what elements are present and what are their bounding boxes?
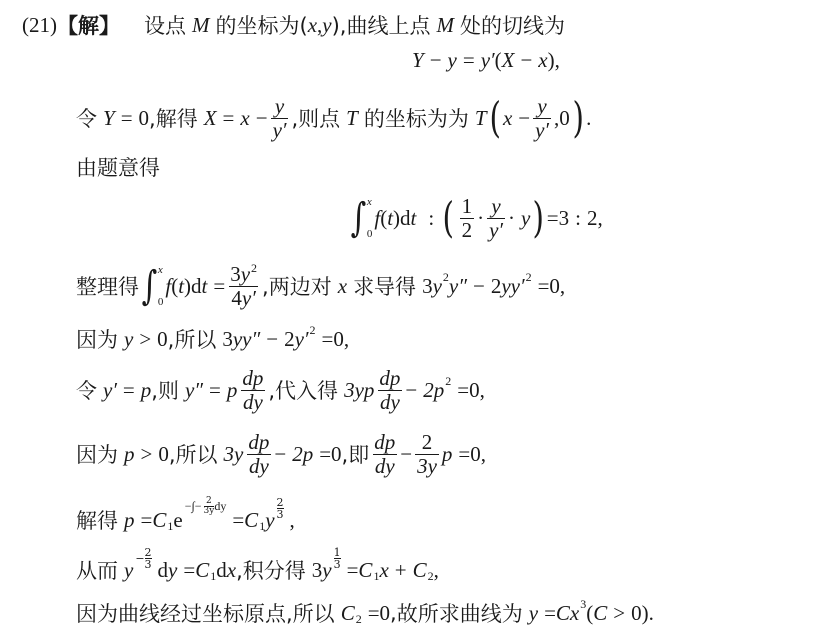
- fraction-dp-dy: dp dy: [372, 431, 397, 476]
- math-var: C: [341, 601, 355, 626]
- denominator: 3y: [415, 454, 439, 477]
- math-var: y: [265, 508, 274, 533]
- text: ),曲线上点: [332, 10, 431, 40]
- math-num: 3: [312, 558, 323, 583]
- math-op: =: [457, 378, 469, 403]
- fraction-y-over-yprime: y y′: [271, 95, 289, 140]
- math-var: y′: [242, 286, 256, 310]
- math-var: Y: [412, 48, 424, 73]
- math-num: 0: [559, 106, 570, 131]
- math-punct: (: [171, 274, 178, 299]
- denominator: dy: [378, 390, 402, 413]
- math-var: d: [158, 558, 169, 583]
- math-punct: ,: [480, 378, 485, 403]
- math-punct: (: [586, 601, 593, 626]
- math-var: X: [204, 106, 217, 131]
- math-punct: .: [586, 106, 591, 131]
- math-op: =: [123, 378, 135, 403]
- math-var: yy: [233, 327, 252, 352]
- denominator: 2: [460, 218, 475, 241]
- math-op: +: [395, 558, 407, 583]
- math-var: x: [308, 13, 317, 38]
- math-punct: (: [380, 206, 387, 231]
- text: 因为: [76, 324, 118, 354]
- math-op: −: [473, 274, 485, 299]
- solution-tag: 【解】: [57, 10, 120, 40]
- math-var: T: [346, 106, 358, 131]
- math-punct: ,: [344, 327, 349, 352]
- lower-limit: 0: [367, 228, 373, 240]
- math-op: >: [141, 442, 153, 467]
- fraction-dp-dy: dp dy: [246, 431, 271, 476]
- text: 由题意得: [76, 152, 160, 182]
- denominator: 3: [145, 558, 152, 570]
- text: 因为曲线经过坐标原点: [76, 598, 286, 628]
- text: 处的切线为: [460, 10, 565, 40]
- math-op: =: [232, 508, 244, 533]
- problem-number: (21): [22, 13, 57, 38]
- math-num: 3: [559, 206, 570, 231]
- fraction-one-half: 1 2: [460, 195, 475, 240]
- math-var: C: [152, 508, 166, 533]
- math-num: 2: [587, 206, 598, 231]
- math-var: C: [593, 601, 607, 626]
- subscript: 1: [259, 519, 265, 534]
- exponent: 2: [443, 270, 449, 285]
- math-var: x: [379, 558, 388, 583]
- subscript: 1: [210, 569, 216, 584]
- text: 故所求曲线为: [397, 598, 523, 628]
- subscript: 1: [167, 519, 173, 534]
- numerator: y: [489, 195, 502, 217]
- math-num: 3: [422, 274, 433, 299]
- math-num: 0: [333, 327, 344, 352]
- math-var: d: [191, 274, 202, 299]
- solution-line-4: 由题意得: [76, 152, 160, 182]
- math-var: 2p: [292, 442, 313, 467]
- math-num: 0: [549, 274, 560, 299]
- math-var: p: [124, 442, 135, 467]
- exponent: 3: [580, 597, 586, 612]
- math-var: y: [124, 558, 133, 583]
- math-num: 0: [380, 601, 391, 626]
- text: 解得: [76, 505, 118, 535]
- math-punct: ,: [555, 48, 560, 73]
- denominator: dy: [241, 390, 265, 413]
- math-var: x: [503, 106, 512, 131]
- math-op: −: [520, 48, 532, 73]
- big-paren-right: ): [533, 197, 544, 239]
- math-var: y: [168, 558, 177, 583]
- text: ,则: [151, 375, 179, 405]
- math-var: x: [538, 48, 547, 73]
- solution-line-9: 因为 p > 0 ,所以 3y dp dy − 2p = 0 ,即 dp dy …: [76, 428, 486, 480]
- math-var: t: [202, 274, 208, 299]
- big-paren-left: (: [489, 97, 500, 139]
- denominator: y′: [533, 118, 551, 141]
- math-var: y′: [103, 378, 117, 403]
- math-op: ·: [508, 206, 515, 231]
- math-var: y″: [449, 274, 467, 299]
- exponent-neg-2-over-3: −23: [135, 547, 151, 570]
- math-var: M: [192, 13, 210, 38]
- math-var: x: [227, 558, 236, 583]
- text: ,解得: [149, 103, 198, 133]
- math-var: 3yp: [344, 378, 374, 403]
- math-var: C: [244, 508, 258, 533]
- math-op: =: [223, 106, 235, 131]
- text: 的坐标为(: [216, 10, 308, 40]
- numerator: y: [535, 95, 548, 117]
- math-punct: ): [548, 48, 555, 73]
- math-var: dy: [214, 499, 226, 514]
- text: ,两边对: [262, 271, 332, 301]
- math-var: y: [124, 327, 133, 352]
- denominator: 3y: [204, 506, 215, 516]
- math-op: =: [121, 106, 133, 131]
- math-var: Cx: [556, 601, 579, 626]
- exponent: 2: [251, 261, 257, 275]
- exponent: 2: [445, 374, 451, 389]
- math-var: y: [433, 274, 442, 299]
- fraction-y-over-yprime: y y′: [533, 95, 551, 140]
- math-var: p: [227, 378, 238, 403]
- math-op: −: [518, 106, 530, 131]
- math-var: Y: [103, 106, 115, 131]
- text: 令: [76, 103, 97, 133]
- math-op: −: [135, 553, 144, 564]
- solution-line-12: 因为曲线经过坐标原点 ,所以 C2 = 0 , 故所求曲线为 y = Cx3 (…: [76, 598, 654, 628]
- big-paren-left: (: [443, 197, 454, 239]
- text: ,积分得: [236, 555, 306, 585]
- solution-line-8: 令 y′ = p ,则 y″ = p dp dy ,代入得 3yp dp dy …: [76, 364, 485, 416]
- fraction-dp-dy: dp dy: [240, 367, 265, 412]
- math-var: p: [141, 378, 152, 403]
- denominator: dy: [373, 454, 397, 477]
- math-op: =: [183, 558, 195, 583]
- math-var: p: [442, 442, 453, 467]
- text: ,所以: [169, 439, 218, 469]
- math-var: y: [529, 601, 538, 626]
- fraction-2-over-3y: 2 3y: [415, 431, 439, 476]
- text: 从而: [76, 555, 118, 585]
- math-op: =: [319, 442, 331, 467]
- text: ,: [390, 601, 397, 625]
- math-op: −: [266, 327, 278, 352]
- math-var: y: [322, 558, 331, 583]
- math-num: 4: [231, 286, 242, 310]
- math-var: C: [195, 558, 209, 583]
- math-op: =: [213, 274, 225, 299]
- denominator: 3: [277, 508, 284, 520]
- math-prime: ″: [252, 327, 261, 352]
- math-punct: ,: [290, 508, 295, 533]
- math-punct: ): [393, 206, 400, 231]
- numerator: 2: [277, 497, 284, 508]
- math-op: >: [139, 327, 151, 352]
- numerator: 1: [334, 547, 341, 558]
- fraction-dp-dy: dp dy: [377, 367, 402, 412]
- lower-limit: 0: [158, 296, 164, 308]
- math-var: y″: [185, 378, 203, 403]
- math-op: =: [322, 327, 334, 352]
- math-var: x: [338, 274, 347, 299]
- integral-sign-icon: ∫: [351, 198, 367, 238]
- text: 因为: [76, 439, 118, 469]
- math-op: :: [428, 206, 434, 231]
- math-op: =: [544, 601, 556, 626]
- math-punct: ): [642, 601, 649, 626]
- exponent-1-over-3: 13: [334, 547, 341, 570]
- integral: ∫ x0: [139, 264, 165, 308]
- math-var: X: [502, 48, 515, 73]
- math-op: ·: [477, 206, 484, 231]
- numerator: dp: [240, 367, 265, 389]
- math-punct: ,: [560, 274, 565, 299]
- subscript: 2: [428, 569, 434, 584]
- math-op: −: [430, 48, 442, 73]
- numerator: dp: [372, 431, 397, 453]
- solution-line-10: 解得 p = C1 e −∫− 23y dy = C1 y 23 ,: [76, 500, 295, 540]
- math-var: t: [411, 206, 417, 231]
- math-num: 0: [157, 327, 168, 352]
- math-prime: ′: [520, 274, 525, 299]
- math-var: y′: [295, 327, 309, 352]
- solution-line-7: 因为 y > 0 ,所以 3yy″ − 2y′2 = 0 ,: [76, 324, 349, 354]
- math-var: e: [173, 508, 182, 533]
- text: 整理得: [76, 271, 139, 301]
- math-op: −∫−: [185, 499, 202, 514]
- fraction-y-over-yprime: y y′: [487, 195, 505, 240]
- math-op: =: [347, 558, 359, 583]
- denominator: dy: [247, 454, 271, 477]
- math-var: y: [521, 206, 530, 231]
- math-var: C: [358, 558, 372, 583]
- text: ,则点: [291, 103, 340, 133]
- math-num: 0: [331, 442, 342, 467]
- subscript: 2: [356, 612, 362, 627]
- solution-line-6: 整理得 ∫ x0 f (t) dt = 3y2 4y′ ,两边对 x 求导得 3…: [76, 260, 565, 312]
- text: ,所以: [168, 324, 217, 354]
- math-num: 0: [470, 442, 481, 467]
- numerator: 2: [206, 497, 212, 506]
- numerator: 1: [460, 195, 475, 217]
- solution-line-11: 从而 y −23 dy = C1 dx ,积分得 3y 13 = C1 x + …: [76, 552, 439, 588]
- exponent: 2: [310, 323, 316, 338]
- math-op: =: [209, 378, 221, 403]
- math-num: 2: [491, 274, 502, 299]
- math-var: 3y: [224, 442, 244, 467]
- subscript: 1: [373, 569, 379, 584]
- numerator: 2: [145, 547, 152, 558]
- math-op: −: [400, 442, 412, 467]
- text: 求导得: [353, 271, 416, 301]
- math-num: 0: [139, 106, 150, 131]
- math-var: y′: [481, 48, 495, 73]
- solution-line-5: ∫ x0 f (t) dt : ( 1 2 · y y′ · y ) = 3 :…: [348, 192, 603, 244]
- exponent-2-over-3: 23: [277, 497, 284, 520]
- math-op: =: [368, 601, 380, 626]
- math-var: yy: [501, 274, 520, 299]
- math-op: :: [575, 206, 581, 231]
- math-punct: .: [649, 601, 654, 626]
- math-var: d: [216, 558, 227, 583]
- integral-sign-icon: ∫: [142, 266, 158, 306]
- exponent-integral: −∫− 23y dy: [185, 497, 227, 516]
- math-num: 2: [284, 327, 295, 352]
- math-punct: ): [184, 274, 191, 299]
- integral: ∫ x0: [348, 196, 374, 240]
- upper-limit: x: [158, 264, 164, 276]
- math-op: −: [256, 106, 268, 131]
- math-num: 3: [230, 262, 241, 286]
- math-var: M: [436, 13, 454, 38]
- fraction-2-over-3y: 23y: [204, 497, 215, 516]
- math-num: 3: [222, 327, 233, 352]
- math-op: =: [458, 442, 470, 467]
- math-var: T: [475, 106, 487, 131]
- math-num: 0: [158, 442, 169, 467]
- denominator: y′: [271, 118, 289, 141]
- text: 为: [448, 103, 469, 133]
- math-var: x: [240, 106, 249, 131]
- math-op: −: [274, 442, 286, 467]
- text: ,代入得: [268, 375, 338, 405]
- text: ,即: [342, 439, 370, 469]
- math-var: y: [322, 13, 331, 38]
- math-op: −: [405, 378, 417, 403]
- numerator: y: [273, 95, 286, 117]
- numerator: dp: [246, 431, 271, 453]
- math-op: =: [547, 206, 559, 231]
- text: 的坐标为: [364, 103, 448, 133]
- math-var: d: [400, 206, 411, 231]
- math-var: C: [413, 558, 427, 583]
- upper-limit: x: [367, 196, 373, 208]
- denominator: 3: [334, 558, 341, 570]
- fraction-3y2-over-4yprime: 3y2 4y′: [228, 263, 259, 308]
- numerator: 2: [420, 431, 435, 453]
- solution-line-3: 令 Y = 0 ,解得 X = x − y y′ ,则点 T 的坐标为 为 T …: [76, 92, 591, 144]
- math-punct: (: [495, 48, 502, 73]
- math-num: 0: [469, 378, 480, 403]
- big-paren-right: ): [572, 97, 583, 139]
- math-num: 0: [631, 601, 642, 626]
- math-var: y: [448, 48, 457, 73]
- math-op: =: [463, 48, 475, 73]
- math-punct: ,: [434, 558, 439, 583]
- denominator: y′: [487, 218, 505, 241]
- math-var: 2p: [423, 378, 444, 403]
- solution-line-2: Y − y = y′ ( X − x ) ,: [412, 48, 560, 73]
- math-var: p: [124, 508, 135, 533]
- text: 令: [76, 375, 97, 405]
- text: 设点: [144, 10, 186, 40]
- math-var: y: [241, 262, 250, 286]
- math-punct: ,: [597, 206, 602, 231]
- text: ,所以: [286, 598, 335, 628]
- math-op: =: [538, 274, 550, 299]
- exponent: 2: [526, 270, 532, 285]
- math-op: >: [613, 601, 625, 626]
- numerator: dp: [377, 367, 402, 389]
- solution-line-1: (21) 【解】 设点 M 的坐标为( x , y ),曲线上点 M 处的切线为: [22, 10, 565, 40]
- math-op: =: [141, 508, 153, 533]
- math-punct: ,: [481, 442, 486, 467]
